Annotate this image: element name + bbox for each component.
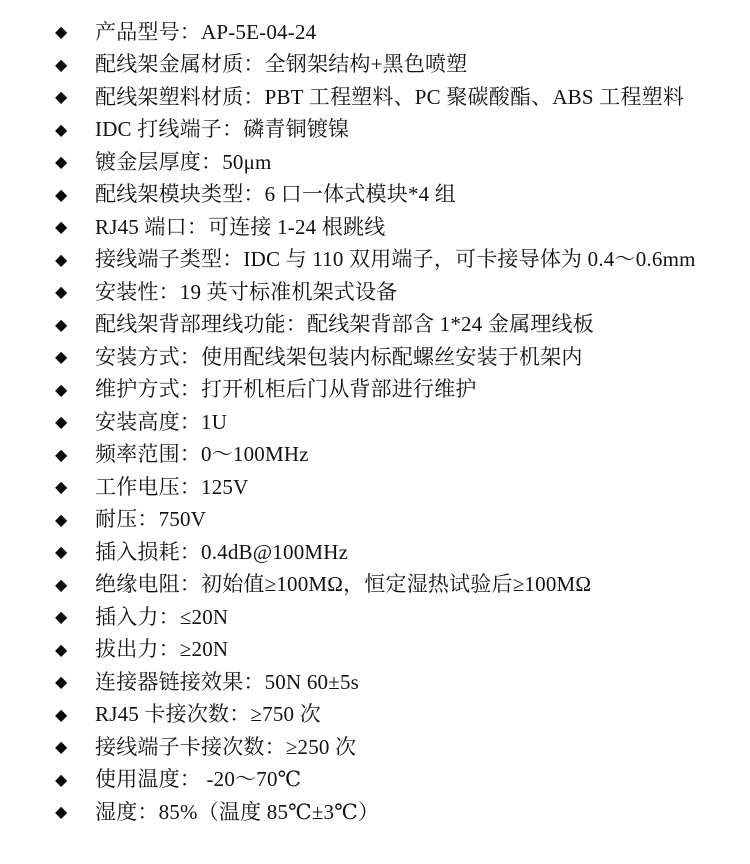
spec-list-item: ◆ 配线架塑料材质：PBT 工程塑料、PC 聚碳酸酯、ABS 工程塑料 (55, 81, 742, 114)
spec-text: 镀金层厚度：50μm (95, 152, 272, 173)
spec-text: 配线架塑料材质：PBT 工程塑料、PC 聚碳酸酯、ABS 工程塑料 (95, 87, 684, 108)
spec-text: IDC 打线端子：磷青铜镀镍 (95, 119, 349, 140)
diamond-bullet-icon: ◆ (55, 674, 95, 690)
diamond-bullet-icon: ◆ (55, 804, 95, 820)
diamond-bullet-icon: ◆ (55, 154, 95, 170)
diamond-bullet-icon: ◆ (55, 382, 95, 398)
spec-text: 绝缘电阻：初始值≥100MΩ，恒定湿热试验后≥100MΩ (95, 574, 591, 595)
spec-text: RJ45 端口：可连接 1-24 根跳线 (95, 217, 385, 238)
product-spec-sheet: ◆ 产品型号：AP-5E-04-24 ◆ 配线架金属材质：全钢架结构+黑色喷塑 … (0, 0, 750, 864)
diamond-bullet-icon: ◆ (55, 284, 95, 300)
spec-list-item: ◆ 安装性：19 英寸标准机架式设备 (55, 276, 742, 309)
spec-list-item: ◆ 连接器链接效果：50N 60±5s (55, 666, 742, 699)
spec-text: 安装高度：1U (95, 412, 227, 433)
spec-list-item: ◆ 插入力：≤20N (55, 601, 742, 634)
diamond-bullet-icon: ◆ (55, 707, 95, 723)
spec-text: 安装方式：使用配线架包装内标配螺丝安装于机架内 (95, 347, 583, 368)
spec-list-item: ◆ 产品型号：AP-5E-04-24 (55, 16, 742, 49)
spec-list-item: ◆ 配线架金属材质：全钢架结构+黑色喷塑 (55, 49, 742, 82)
diamond-bullet-icon: ◆ (55, 609, 95, 625)
spec-list-item: ◆ 湿度：85%（温度 85℃±3℃） (55, 796, 742, 829)
spec-list-item: ◆ IDC 打线端子：磷青铜镀镍 (55, 114, 742, 147)
spec-list-item: ◆ 镀金层厚度：50μm (55, 146, 742, 179)
diamond-bullet-icon: ◆ (55, 187, 95, 203)
spec-text: RJ45 卡接次数：≥750 次 (95, 704, 321, 725)
diamond-bullet-icon: ◆ (55, 739, 95, 755)
diamond-bullet-icon: ◆ (55, 252, 95, 268)
spec-text: 连接器链接效果：50N 60±5s (95, 672, 359, 693)
diamond-bullet-icon: ◆ (55, 89, 95, 105)
spec-text: 插入力：≤20N (95, 607, 228, 628)
diamond-bullet-icon: ◆ (55, 479, 95, 495)
diamond-bullet-icon: ◆ (55, 577, 95, 593)
diamond-bullet-icon: ◆ (55, 772, 95, 788)
spec-list-item: ◆ RJ45 卡接次数：≥750 次 (55, 699, 742, 732)
spec-list-item: ◆ RJ45 端口：可连接 1-24 根跳线 (55, 211, 742, 244)
spec-text: 产品型号：AP-5E-04-24 (95, 22, 316, 43)
spec-list-item: ◆ 频率范围：0～100MHz (55, 439, 742, 472)
spec-list-item: ◆ 维护方式：打开机柜后门从背部进行维护 (55, 374, 742, 407)
spec-list: ◆ 产品型号：AP-5E-04-24 ◆ 配线架金属材质：全钢架结构+黑色喷塑 … (0, 0, 750, 829)
spec-text: 拔出力：≥20N (95, 639, 228, 660)
spec-text: 配线架模块类型：6 口一体式模块*4 组 (95, 184, 456, 205)
diamond-bullet-icon: ◆ (55, 57, 95, 73)
diamond-bullet-icon: ◆ (55, 349, 95, 365)
spec-text: 工作电压：125V (95, 477, 248, 498)
diamond-bullet-icon: ◆ (55, 122, 95, 138)
spec-list-item: ◆ 绝缘电阻：初始值≥100MΩ，恒定湿热试验后≥100MΩ (55, 569, 742, 602)
diamond-bullet-icon: ◆ (55, 24, 95, 40)
spec-list-item: ◆ 接线端子卡接次数：≥250 次 (55, 731, 742, 764)
spec-list-item: ◆ 拔出力：≥20N (55, 634, 742, 667)
spec-list-item: ◆ 安装高度：1U (55, 406, 742, 439)
spec-text: 接线端子卡接次数：≥250 次 (95, 737, 356, 758)
spec-text: 安装性：19 英寸标准机架式设备 (95, 282, 397, 303)
spec-list-item: ◆ 接线端子类型：IDC 与 110 双用端子，可卡接导体为 0.4～0.6mm (55, 244, 742, 277)
diamond-bullet-icon: ◆ (55, 414, 95, 430)
spec-text: 耐压：750V (95, 509, 206, 530)
spec-text: 配线架背部理线功能：配线架背部含 1*24 金属理线板 (95, 314, 594, 335)
spec-list-item: ◆ 使用温度： -20～70℃ (55, 764, 742, 797)
spec-list-item: ◆ 工作电压：125V (55, 471, 742, 504)
spec-text: 使用温度： -20～70℃ (95, 769, 301, 790)
spec-text: 维护方式：打开机柜后门从背部进行维护 (95, 379, 477, 400)
spec-text: 频率范围：0～100MHz (95, 444, 309, 465)
diamond-bullet-icon: ◆ (55, 317, 95, 333)
spec-text: 插入损耗：0.4dB@100MHz (95, 542, 348, 563)
spec-list-item: ◆ 配线架模块类型：6 口一体式模块*4 组 (55, 179, 742, 212)
diamond-bullet-icon: ◆ (55, 544, 95, 560)
spec-text: 接线端子类型：IDC 与 110 双用端子，可卡接导体为 0.4～0.6mm (95, 249, 696, 270)
spec-list-item: ◆ 配线架背部理线功能：配线架背部含 1*24 金属理线板 (55, 309, 742, 342)
spec-text: 湿度：85%（温度 85℃±3℃） (95, 802, 379, 823)
diamond-bullet-icon: ◆ (55, 447, 95, 463)
spec-list-item: ◆ 安装方式：使用配线架包装内标配螺丝安装于机架内 (55, 341, 742, 374)
diamond-bullet-icon: ◆ (55, 219, 95, 235)
spec-list-item: ◆ 插入损耗：0.4dB@100MHz (55, 536, 742, 569)
spec-list-item: ◆ 耐压：750V (55, 504, 742, 537)
diamond-bullet-icon: ◆ (55, 512, 95, 528)
diamond-bullet-icon: ◆ (55, 642, 95, 658)
spec-text: 配线架金属材质：全钢架结构+黑色喷塑 (95, 54, 467, 75)
